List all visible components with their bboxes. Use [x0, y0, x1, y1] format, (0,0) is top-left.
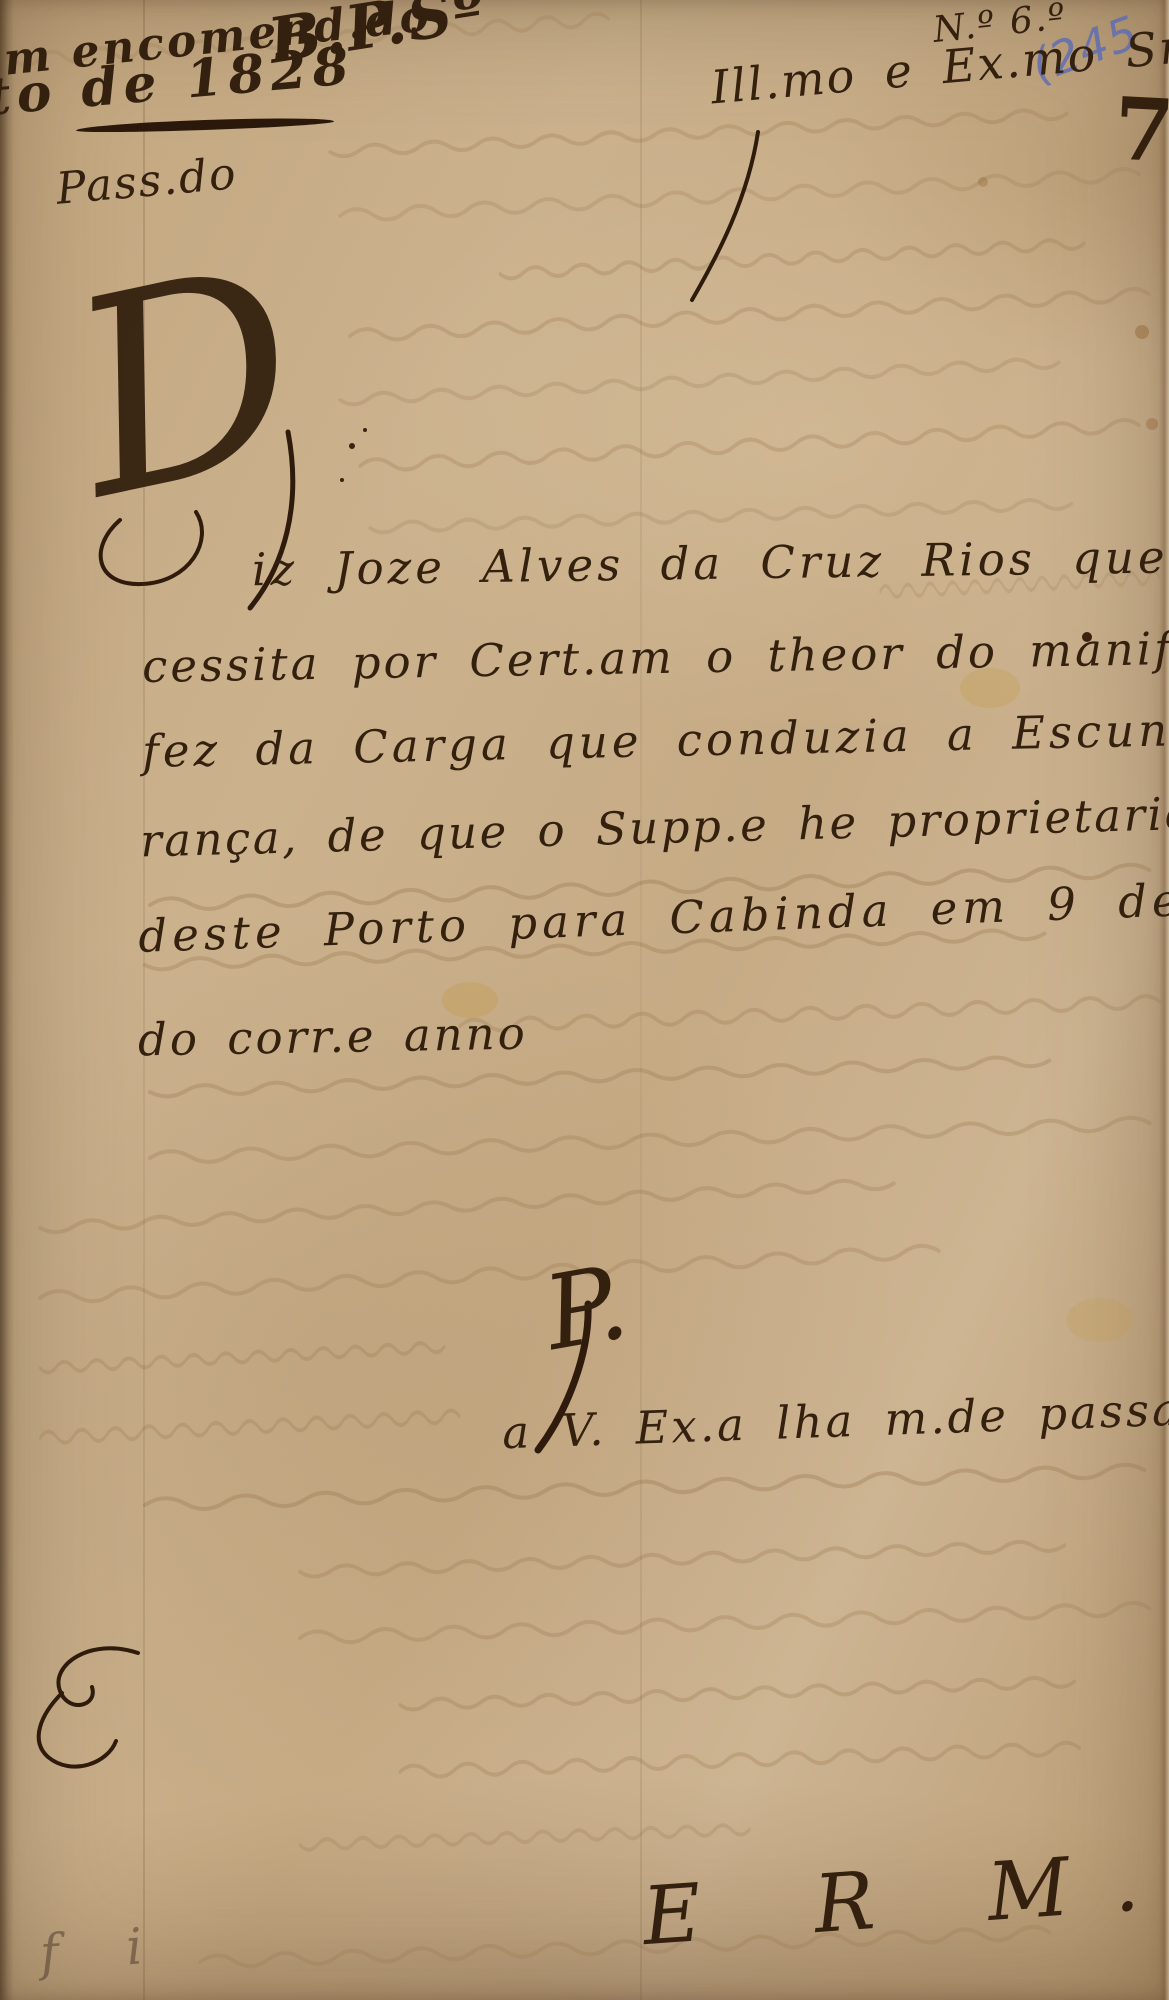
closing-formula: E R M.ce: [640, 1827, 1169, 1957]
heading-flourish: [692, 132, 758, 300]
pencil-note-bottom-left: f i: [38, 1920, 170, 1979]
margin-note: Pass.do: [54, 152, 239, 212]
body-line: do corr.e anno: [138, 1011, 528, 1063]
annotation-underline: [76, 116, 334, 135]
petition-line: a V. Ex.a lha m.de passar: [501, 1386, 1169, 1456]
drop-cap-initial: D: [52, 228, 320, 537]
page-edge-right: [1159, 0, 1169, 2000]
petition-initial: P.: [538, 1252, 635, 1366]
rubric-signature: B.P.Sº: [265, 0, 492, 73]
body-line: deste Porto para Cabinda em 9 de Março: [138, 870, 1169, 959]
paragraph-flourish: [39, 1648, 138, 1766]
body-line: iz Joze Alves da Cruz Rios que ne-: [252, 533, 1169, 592]
page-numeral: 7: [1112, 86, 1169, 175]
page-edge-left: [0, 0, 14, 2000]
manuscript-page: em encomend.do to de 1828 B.P.Sº Pass.do…: [0, 0, 1169, 2000]
body-line: rança, de que o Supp.e he proprietario, …: [140, 785, 1169, 863]
body-line: fez da Carga que conduzia a Escuna Espe-: [142, 703, 1169, 774]
body-line: cessita por Cert.am o theor do manifesto…: [142, 622, 1169, 689]
fold-crease: [640, 0, 642, 2000]
